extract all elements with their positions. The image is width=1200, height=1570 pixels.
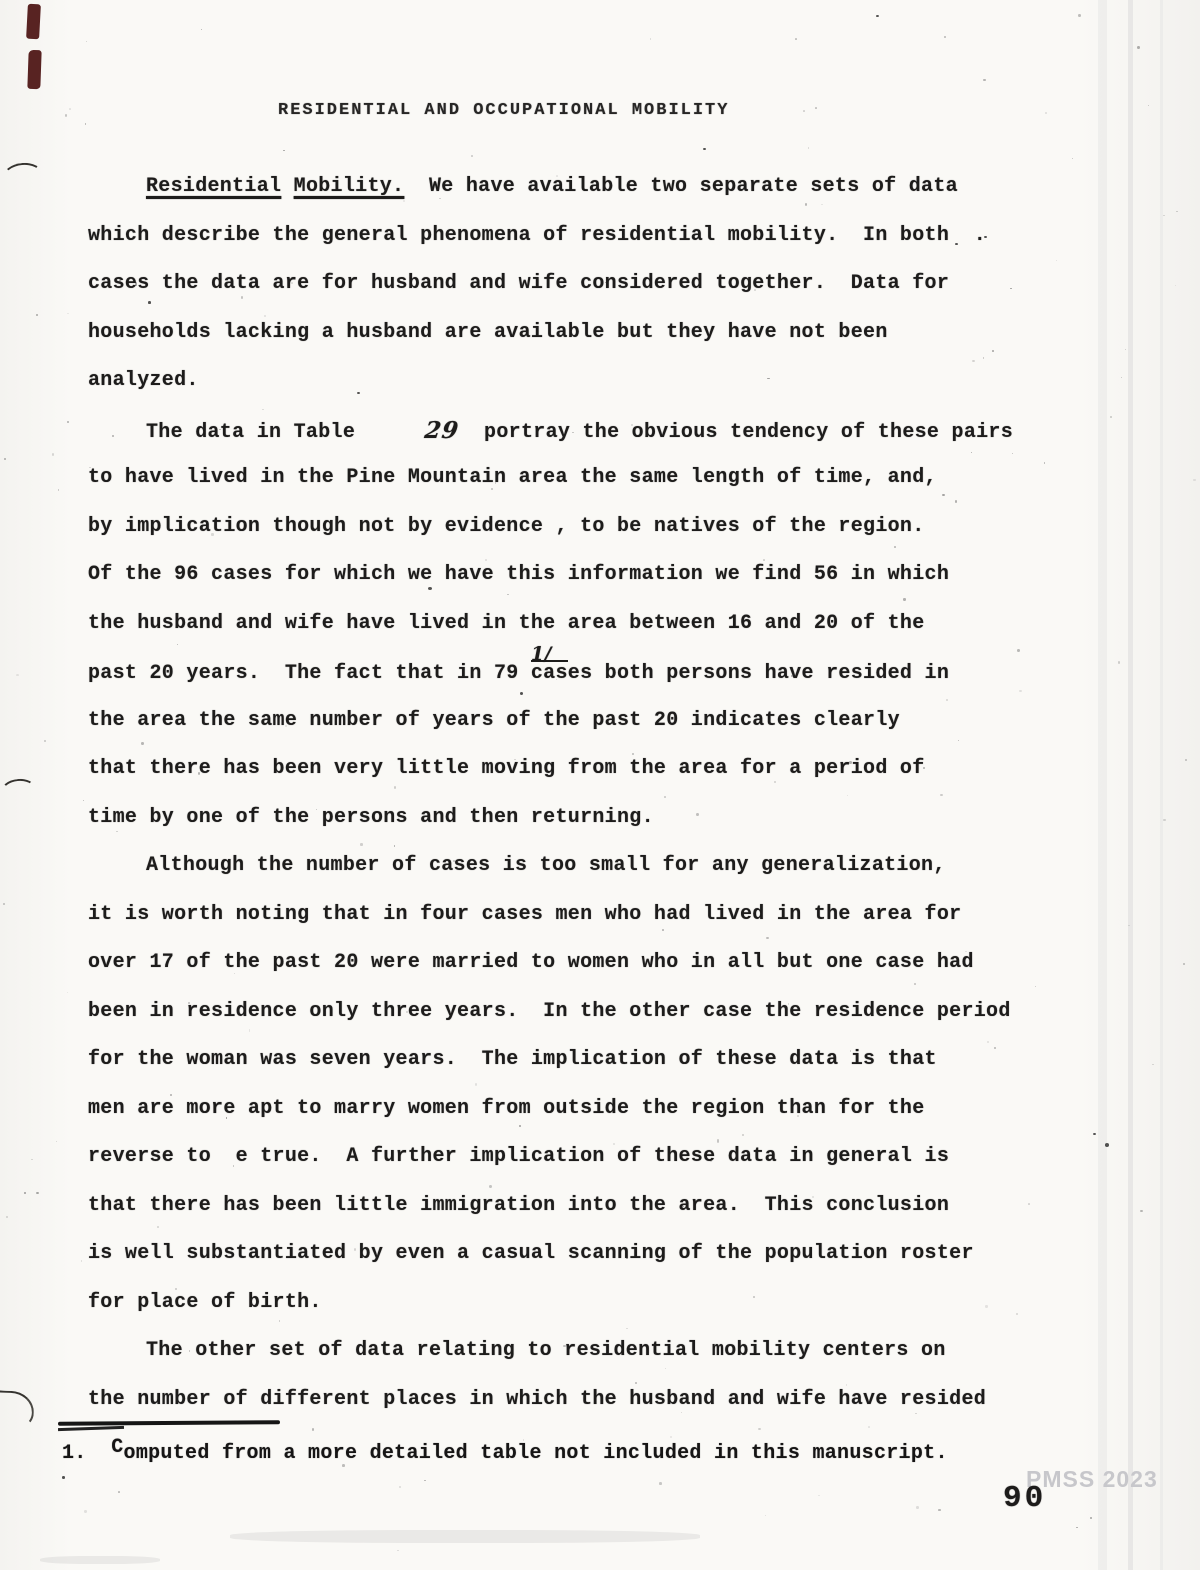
scan-smudge <box>40 1556 160 1564</box>
ink-speck <box>818 1495 819 1496</box>
text-run-und: Mobility. <box>294 175 405 198</box>
text-run: es both persons have resided in <box>568 662 949 685</box>
document-title: RESIDENTIAL AND OCCUPATIONAL MOBILITY <box>278 100 729 122</box>
text-run: The data in Table <box>146 421 367 444</box>
scan-edge-mark <box>27 50 41 89</box>
text-line: households lacking a husband are availab… <box>88 309 1068 358</box>
ink-speck <box>808 147 810 149</box>
ink-speck <box>31 1159 32 1160</box>
ink-speck <box>1137 46 1140 49</box>
ink-speck <box>44 740 46 742</box>
text-run: is well substantiated by even a casual s… <box>88 1242 974 1265</box>
text-run: for the woman was seven years. The impli… <box>88 1048 937 1071</box>
ink-speck <box>659 1482 661 1485</box>
ink-speck <box>3 903 5 905</box>
ink-speck <box>85 123 86 124</box>
paperclip-mark <box>2 161 44 190</box>
text-line: men are more apt to marry women from out… <box>88 1085 1068 1134</box>
text-line: Of the 96 cases for which we have this i… <box>88 551 1068 600</box>
scan-smudge <box>230 1530 700 1543</box>
ink-speck <box>201 29 202 30</box>
text-line: is well substantiated by even a casual s… <box>88 1230 1068 1279</box>
text-run-hand: 29 <box>364 407 463 456</box>
ink-speck <box>36 1192 39 1194</box>
text-line: cases the data are for husband and wife … <box>88 260 1068 309</box>
scanner-streak <box>1098 0 1107 1570</box>
text-run: which describe the general phenomena of … <box>88 224 986 247</box>
text-run: reverse to e true. A further implication… <box>88 1145 949 1168</box>
ink-speck <box>86 41 87 43</box>
ink-speck <box>24 1192 26 1194</box>
scanner-streak <box>1160 0 1163 1570</box>
document-body: Residential Mobility. We have available … <box>88 163 1068 1424</box>
scanned-document-page: { "document": { "title": "RESIDENTIAL AN… <box>0 0 1200 1570</box>
page-number: 90 <box>1003 1481 1046 1516</box>
text-line: time by one of the persons and then retu… <box>88 794 1068 843</box>
text-line: The other set of data relating to reside… <box>88 1327 1068 1376</box>
text-line: that there has been little immigration i… <box>88 1182 1068 1231</box>
ink-speck <box>56 1141 57 1142</box>
text-line: for place of birth. <box>88 1279 1068 1328</box>
ink-speck <box>81 1260 83 1262</box>
ink-speck <box>471 155 474 157</box>
ink-speck <box>983 79 986 82</box>
text-run: cases the data are for husband and wife … <box>88 272 949 295</box>
ink-speck <box>1093 1133 1096 1135</box>
ink-speck <box>944 36 946 38</box>
ink-speck <box>67 421 69 423</box>
scanner-streak <box>1128 0 1133 1570</box>
text-run: omputed from a more detailed table not i… <box>124 1442 948 1465</box>
ink-speck <box>765 1515 766 1516</box>
ink-speck <box>84 1510 86 1512</box>
text-line: past 20 years. The fact that in 79 1/cas… <box>88 648 1068 697</box>
text-line: 1. Computed from a more detailed table n… <box>62 1430 948 1479</box>
ink-speck <box>1118 661 1121 664</box>
ink-speck <box>16 674 18 676</box>
text-run: men are more apt to marry women from out… <box>88 1097 925 1120</box>
text-run: the number of different places in which … <box>88 1388 986 1411</box>
ink-speck <box>118 1491 120 1493</box>
ink-speck <box>703 148 706 150</box>
ink-speck <box>69 108 71 110</box>
ink-speck <box>67 992 68 993</box>
ink-speck <box>65 114 68 117</box>
text-run: to have lived in the Pine Mountain area … <box>88 466 937 489</box>
text-line: which describe the general phenomena of … <box>88 212 1068 261</box>
ink-speck <box>1163 215 1165 217</box>
text-line: over 17 of the past 20 were married to w… <box>88 939 1068 988</box>
text-run: it is worth noting that in four cases me… <box>88 903 961 926</box>
text-run: over 17 of the past 20 were married to w… <box>88 951 974 974</box>
ink-speck <box>52 453 55 456</box>
text-run: We have available two separate sets of d… <box>404 175 958 198</box>
text-line: that there has been very little moving f… <box>88 745 1068 794</box>
text-run: the husband and wife have lived in the a… <box>88 612 925 635</box>
footnote: 1. Computed from a more detailed table n… <box>62 1430 948 1479</box>
ink-speck <box>83 800 85 802</box>
text-run <box>281 175 293 198</box>
text-line: for the woman was seven years. The impli… <box>88 1036 1068 1085</box>
ink-speck <box>1045 112 1047 114</box>
ink-speck <box>1072 158 1073 159</box>
text-run: that there has been little immigration i… <box>88 1194 949 1217</box>
text-run: The other set of data relating to reside… <box>146 1339 946 1362</box>
ink-speck <box>1121 377 1123 379</box>
text-run: for place of birth. <box>88 1291 322 1314</box>
text-run-raise: C <box>111 1424 123 1473</box>
text-run: past 20 years. The fact that in 79 <box>88 662 531 685</box>
ink-speck <box>1110 416 1112 418</box>
ink-speck <box>399 1486 401 1488</box>
text-run: households lacking a husband are availab… <box>88 321 888 344</box>
paper-sheet: RESIDENTIAL AND OCCUPATIONAL MOBILITY Re… <box>0 0 1200 1570</box>
ink-speck <box>938 1509 940 1511</box>
ink-speck <box>1078 14 1081 17</box>
text-run: 1. <box>62 1442 111 1465</box>
text-run: that there has been very little moving f… <box>88 757 925 780</box>
paperclip-mark <box>0 777 37 804</box>
text-line: by implication though not by evidence , … <box>88 503 1068 552</box>
text-line: Although the number of cases is too smal… <box>88 842 1068 891</box>
ink-speck <box>1090 1517 1092 1519</box>
ink-speck <box>1185 759 1187 761</box>
ink-speck <box>1163 819 1165 822</box>
ink-speck <box>1193 479 1195 482</box>
text-line: The data in Table 29 portray the obvious… <box>88 406 1068 455</box>
ink-speck <box>283 150 284 151</box>
ink-speck <box>868 1426 871 1428</box>
text-line: it is worth noting that in four cases me… <box>88 891 1068 940</box>
ink-speck <box>815 107 817 109</box>
ink-speck <box>803 110 805 112</box>
ink-speck <box>1076 1527 1077 1528</box>
ink-speck <box>36 314 38 316</box>
ink-speck <box>4 458 6 460</box>
text-run: been in residence only three years. In t… <box>88 1000 1011 1023</box>
text-run: by implication though not by evidence , … <box>88 515 925 538</box>
text-run: Although the number of cases is too smal… <box>146 854 946 877</box>
ink-speck <box>58 489 60 491</box>
text-line: Residential Mobility. We have available … <box>88 163 1068 212</box>
ink-speck <box>916 1506 918 1509</box>
ink-speck <box>1175 285 1176 286</box>
ink-speck <box>1140 1210 1142 1212</box>
text-line: the number of different places in which … <box>88 1376 1068 1425</box>
ink-speck <box>1148 105 1149 106</box>
ink-speck <box>795 38 797 40</box>
scan-edge-mark <box>26 4 41 40</box>
paperclip-mark <box>0 1390 35 1425</box>
ink-speck <box>650 38 652 40</box>
ink-speck <box>424 1480 426 1481</box>
text-line: the husband and wife have lived in the a… <box>88 600 1068 649</box>
ink-speck <box>397 1550 399 1552</box>
text-line: analyzed. <box>88 357 1068 406</box>
text-line: reverse to e true. A further implication… <box>88 1133 1068 1182</box>
text-run: Of the 96 cases for which we have this i… <box>88 563 949 586</box>
text-line: been in residence only three years. In t… <box>88 988 1068 1037</box>
ink-speck <box>1128 925 1130 926</box>
text-run: portray the obvious tendency of these pa… <box>459 421 1013 444</box>
text-line: to have lived in the Pine Mountain area … <box>88 454 1068 503</box>
ink-speck <box>1152 1064 1154 1065</box>
ink-speck <box>67 313 69 314</box>
footnote-rule <box>58 1420 280 1425</box>
text-line: the area the same number of years of the… <box>88 697 1068 746</box>
ink-speck <box>1176 211 1179 213</box>
text-run-und: Residential <box>146 175 281 198</box>
ink-speck <box>6 1216 8 1218</box>
text-run: the area the same number of years of the… <box>88 709 900 732</box>
ink-speck <box>1125 349 1127 351</box>
ink-speck <box>1105 1143 1109 1147</box>
text-run: time by one of the persons and then retu… <box>88 806 654 829</box>
ink-speck <box>876 15 879 17</box>
text-run: analyzed. <box>88 369 199 392</box>
ink-speck <box>1183 963 1185 964</box>
